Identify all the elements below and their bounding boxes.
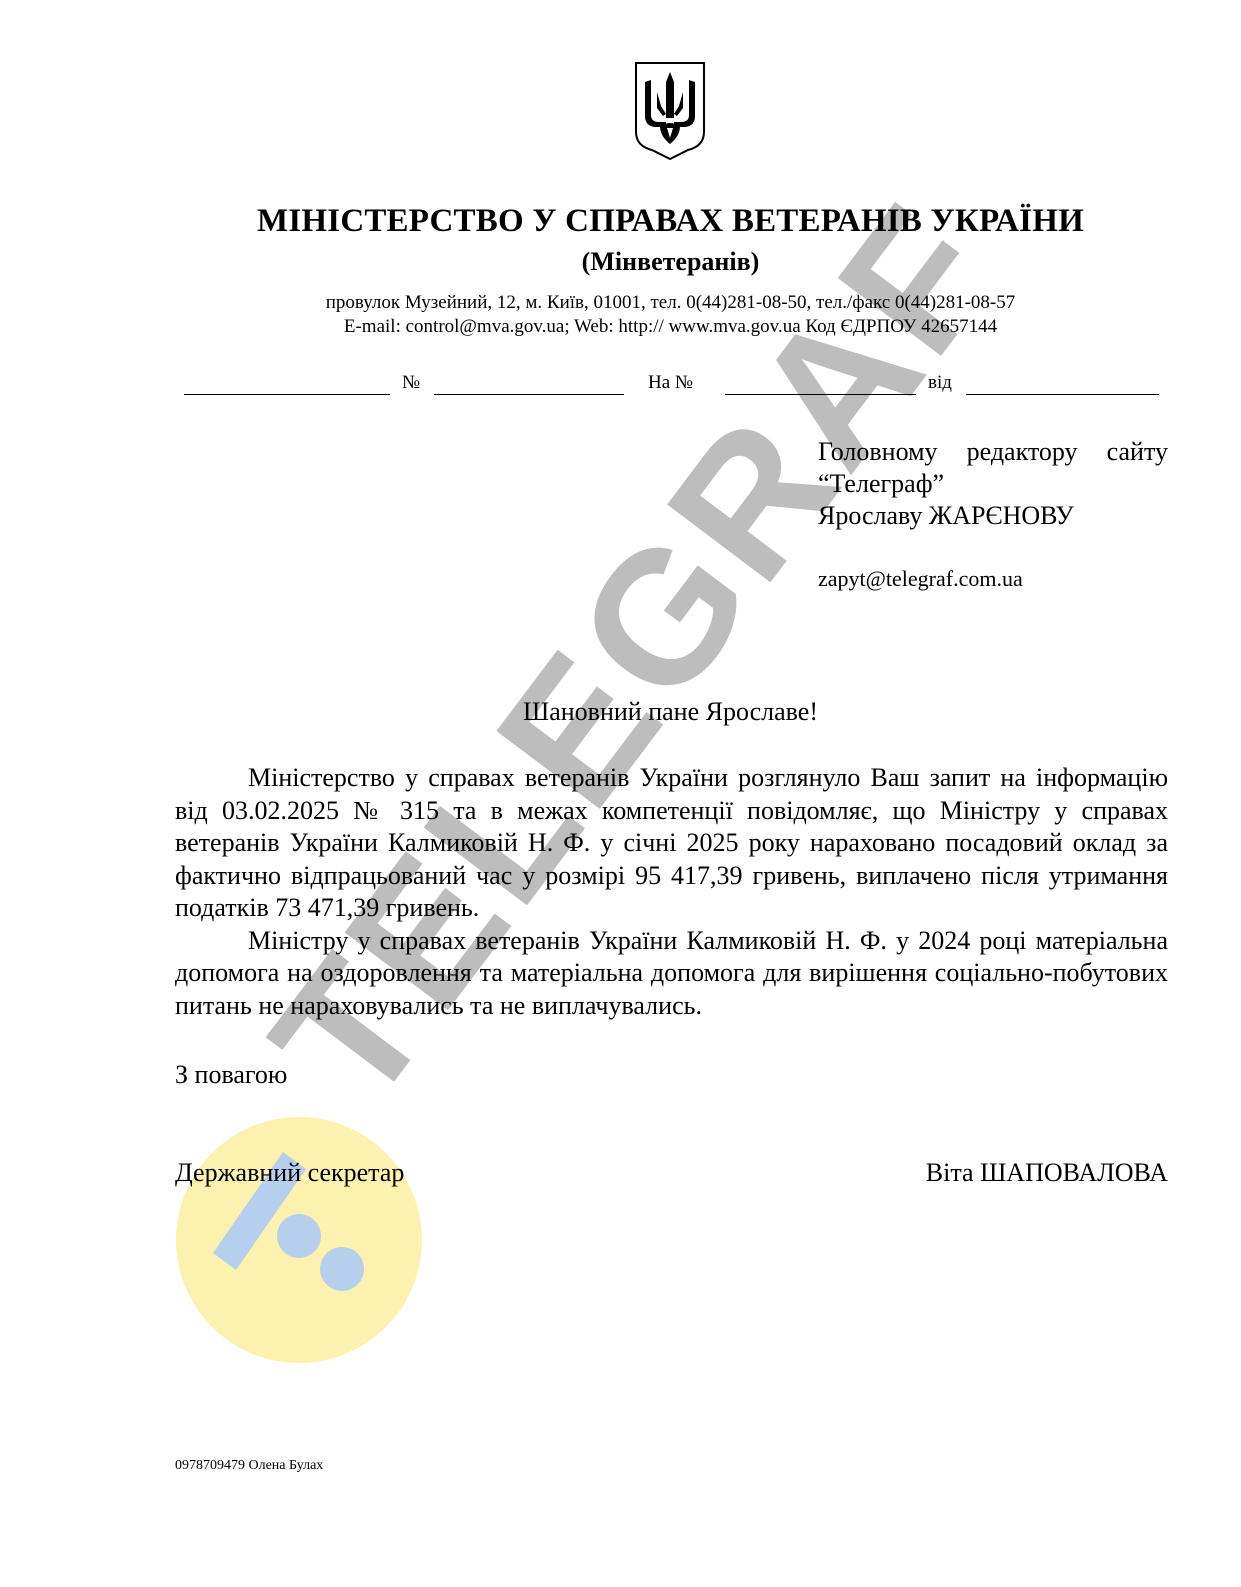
reply-to-number-blank <box>725 394 916 395</box>
ministry-name: МІНІСТЕРСТВО У СПРАВАХ ВЕТЕРАНІВ УКРАЇНИ <box>0 203 1241 240</box>
body-paragraph: Міністру у справах ветеранів України Кал… <box>175 925 1168 1023</box>
registration-line: № На № від <box>184 370 1159 400</box>
recipient-block: Головному редактору сайту “Телеграф” Яро… <box>818 436 1168 532</box>
signatory-title: Державний секретар <box>175 1158 404 1188</box>
reply-to-date-blank <box>966 394 1159 395</box>
ministry-address: провулок Музейний, 12, м. Київ, 01001, т… <box>0 291 1241 315</box>
executor-contact: 0978709479 Олена Булах <box>175 1458 323 1474</box>
ministry-contacts: E-mail: control@mva.gov.ua; Web: http://… <box>0 315 1241 339</box>
body-paragraph: Міністерство у справах ветеранів України… <box>175 762 1168 925</box>
closing: З повагою <box>175 1060 287 1090</box>
outgoing-date-blank <box>184 394 390 395</box>
from-label: від <box>928 372 952 394</box>
ministry-short-name: (Мінветеранів) <box>0 247 1241 277</box>
reply-to-label: На № <box>648 372 693 394</box>
recipient-word: Головному <box>818 436 938 468</box>
recipient-name: Ярославу ЖАРЄНОВУ <box>818 500 1168 532</box>
recipient-word: сайту <box>1107 436 1168 468</box>
letter-page: TELEGRAF МІНІСТЕРСТВО У СПРАВАХ ВЕТЕРАНІ… <box>0 0 1241 1587</box>
recipient-outlet: “Телеграф” <box>818 468 1168 500</box>
number-label: № <box>402 372 420 394</box>
signatory-name: Віта ШАПОВАЛОВА <box>926 1158 1168 1188</box>
tryzub-coat-of-arms-icon <box>633 60 707 162</box>
recipient-email: zapyt@telegraf.com.ua <box>818 566 1023 592</box>
salutation: Шановний пане Ярославе! <box>0 697 1241 727</box>
letter-body: Міністерство у справах ветеранів України… <box>175 762 1168 1022</box>
recipient-word: редактору <box>967 436 1078 468</box>
outgoing-number-blank <box>434 394 624 395</box>
recipient-position: Головному редактору сайту <box>818 436 1168 468</box>
letter-content: МІНІСТЕРСТВО У СПРАВАХ ВЕТЕРАНІВ УКРАЇНИ… <box>0 0 1241 1587</box>
